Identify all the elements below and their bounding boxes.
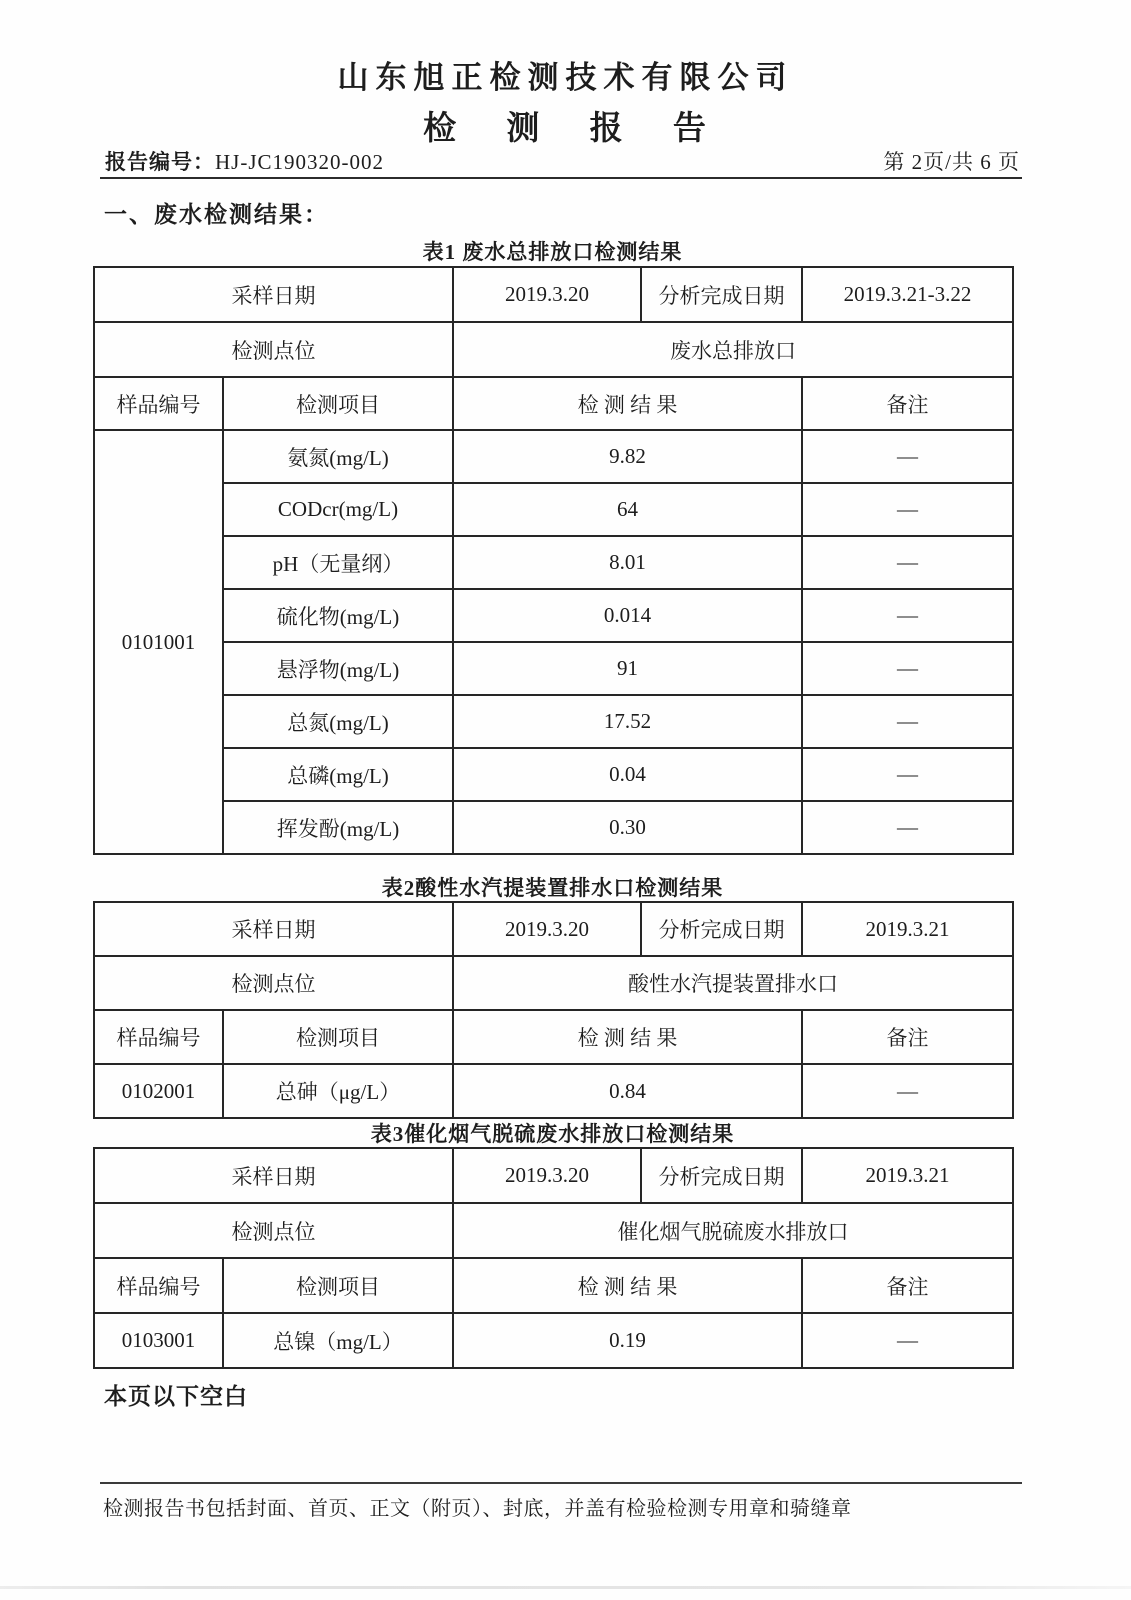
item-cell: CODcr(mg/L): [223, 483, 453, 536]
report-meta-row: 报告编号：HJ-JC190320-002 第 2页/共 6 页: [105, 146, 1020, 176]
analysis-date-label-cell: 分析完成日期: [641, 1148, 802, 1203]
result-row: 悬浮物(mg/L)91—: [94, 642, 1013, 695]
document-title: 检 测 报 告: [0, 102, 1131, 149]
section-heading: 一、废水检测结果：: [104, 196, 329, 229]
table3-title: 表3催化烟气脱硫废水排放口检测结果: [93, 1118, 1012, 1148]
sampling-date-row: 采样日期 2019.3.20 分析完成日期 2019.3.21-3.22: [94, 267, 1013, 322]
remark-cell: —: [802, 483, 1013, 536]
analysis-date-value-cell: 2019.3.21: [802, 902, 1013, 956]
footer-divider: [100, 1482, 1022, 1484]
item-header-cell: 检测项目: [223, 1258, 453, 1313]
location-label-cell: 检测点位: [94, 322, 453, 377]
remark-cell: —: [802, 748, 1013, 801]
result-row: CODcr(mg/L)64—: [94, 483, 1013, 536]
result-row: 总氮(mg/L)17.52—: [94, 695, 1013, 748]
sample-id-cell: 0102001: [94, 1064, 223, 1118]
sampling-date-row: 采样日期 2019.3.20 分析完成日期 2019.3.21: [94, 902, 1013, 956]
result-header-cell: 检 测 结 果: [453, 1258, 802, 1313]
report-number: 报告编号：HJ-JC190320-002: [105, 146, 384, 176]
header-divider: [100, 177, 1022, 179]
location-label-cell: 检测点位: [94, 956, 453, 1010]
item-cell: 总镍（mg/L）: [223, 1313, 453, 1368]
location-row: 检测点位 催化烟气脱硫废水排放口: [94, 1203, 1013, 1258]
item-cell: 总氮(mg/L): [223, 695, 453, 748]
table1: 采样日期 2019.3.20 分析完成日期 2019.3.21-3.22 检测点…: [93, 266, 1014, 855]
result-cell: 0.04: [453, 748, 802, 801]
sampling-date-label-cell: 采样日期: [94, 267, 453, 322]
result-header-cell: 检 测 结 果: [453, 377, 802, 430]
result-cell: 64: [453, 483, 802, 536]
item-cell: 总磷(mg/L): [223, 748, 453, 801]
location-value-cell: 催化烟气脱硫废水排放口: [453, 1203, 1013, 1258]
result-cell: 0.19: [453, 1313, 802, 1368]
item-cell: 悬浮物(mg/L): [223, 642, 453, 695]
item-header-cell: 检测项目: [223, 377, 453, 430]
result-cell: 17.52: [453, 695, 802, 748]
location-row: 检测点位 酸性水汽提装置排水口: [94, 956, 1013, 1010]
blank-below-note: 本页以下空白: [104, 1378, 248, 1411]
item-cell: 总砷（μg/L）: [223, 1064, 453, 1118]
company-name: 山东旭正检测技术有限公司: [0, 52, 1131, 97]
location-value-cell: 废水总排放口: [453, 322, 1013, 377]
column-header-row: 样品编号 检测项目 检 测 结 果 备注: [94, 1258, 1013, 1313]
result-row: 0101001氨氮(mg/L)9.82—: [94, 430, 1013, 483]
result-header-cell: 检 测 结 果: [453, 1010, 802, 1064]
result-row: 硫化物(mg/L)0.014—: [94, 589, 1013, 642]
remark-cell: —: [802, 642, 1013, 695]
page-indicator: 第 2页/共 6 页: [883, 146, 1020, 176]
table1-title: 表1 废水总排放口检测结果: [93, 236, 1012, 266]
remark-cell: —: [802, 589, 1013, 642]
analysis-date-value-cell: 2019.3.21: [802, 1148, 1013, 1203]
column-header-row: 样品编号 检测项目 检 测 结 果 备注: [94, 1010, 1013, 1064]
sample-id-header-cell: 样品编号: [94, 1010, 223, 1064]
result-row: 总磷(mg/L)0.04—: [94, 748, 1013, 801]
sampling-date-value-cell: 2019.3.20: [453, 1148, 641, 1203]
report-page: 山东旭正检测技术有限公司 检 测 报 告 报告编号：HJ-JC190320-00…: [0, 0, 1131, 1600]
sampling-date-value-cell: 2019.3.20: [453, 902, 641, 956]
remark-cell: —: [802, 1313, 1013, 1368]
remark-header-cell: 备注: [802, 1258, 1013, 1313]
location-row: 检测点位 废水总排放口: [94, 322, 1013, 377]
remark-header-cell: 备注: [802, 377, 1013, 430]
result-row: 挥发酚(mg/L)0.30—: [94, 801, 1013, 854]
remark-header-cell: 备注: [802, 1010, 1013, 1064]
column-header-row: 样品编号 检测项目 检 测 结 果 备注: [94, 377, 1013, 430]
item-header-cell: 检测项目: [223, 1010, 453, 1064]
sampling-date-label-cell: 采样日期: [94, 1148, 453, 1203]
result-row: pH（无量纲）8.01—: [94, 536, 1013, 589]
result-cell: 8.01: [453, 536, 802, 589]
sample-id-cell: 0103001: [94, 1313, 223, 1368]
item-cell: 挥发酚(mg/L): [223, 801, 453, 854]
sampling-date-row: 采样日期 2019.3.20 分析完成日期 2019.3.21: [94, 1148, 1013, 1203]
sampling-date-value-cell: 2019.3.20: [453, 267, 641, 322]
sampling-date-label-cell: 采样日期: [94, 902, 453, 956]
result-cell: 9.82: [453, 430, 802, 483]
result-row: 0103001总镍（mg/L）0.19—: [94, 1313, 1013, 1368]
bottom-scan-line: [0, 1586, 1131, 1589]
result-cell: 0.014: [453, 589, 802, 642]
table2-title: 表2酸性水汽提装置排水口检测结果: [93, 872, 1012, 902]
remark-cell: —: [802, 801, 1013, 854]
result-cell: 0.30: [453, 801, 802, 854]
result-cell: 91: [453, 642, 802, 695]
result-cell: 0.84: [453, 1064, 802, 1118]
sample-id-header-cell: 样品编号: [94, 377, 223, 430]
footer-note: 检测报告书包括封面、首页、正文（附页）、封底，并盖有检验检测专用章和骑缝章: [103, 1492, 1023, 1521]
remark-cell: —: [802, 695, 1013, 748]
location-value-cell: 酸性水汽提装置排水口: [453, 956, 1013, 1010]
item-cell: 硫化物(mg/L): [223, 589, 453, 642]
report-number-value: HJ-JC190320-002: [215, 150, 384, 174]
sample-id-header-cell: 样品编号: [94, 1258, 223, 1313]
location-label-cell: 检测点位: [94, 1203, 453, 1258]
analysis-date-value-cell: 2019.3.21-3.22: [802, 267, 1013, 322]
remark-cell: —: [802, 536, 1013, 589]
remark-cell: —: [802, 1064, 1013, 1118]
item-cell: 氨氮(mg/L): [223, 430, 453, 483]
remark-cell: —: [802, 430, 1013, 483]
report-number-label: 报告编号：: [105, 150, 215, 174]
result-row: 0102001总砷（μg/L）0.84—: [94, 1064, 1013, 1118]
table3: 采样日期 2019.3.20 分析完成日期 2019.3.21 检测点位 催化烟…: [93, 1147, 1014, 1369]
item-cell: pH（无量纲）: [223, 536, 453, 589]
table2: 采样日期 2019.3.20 分析完成日期 2019.3.21 检测点位 酸性水…: [93, 901, 1014, 1119]
analysis-date-label-cell: 分析完成日期: [641, 902, 802, 956]
sample-id-cell: 0101001: [94, 430, 223, 854]
analysis-date-label-cell: 分析完成日期: [641, 267, 802, 322]
